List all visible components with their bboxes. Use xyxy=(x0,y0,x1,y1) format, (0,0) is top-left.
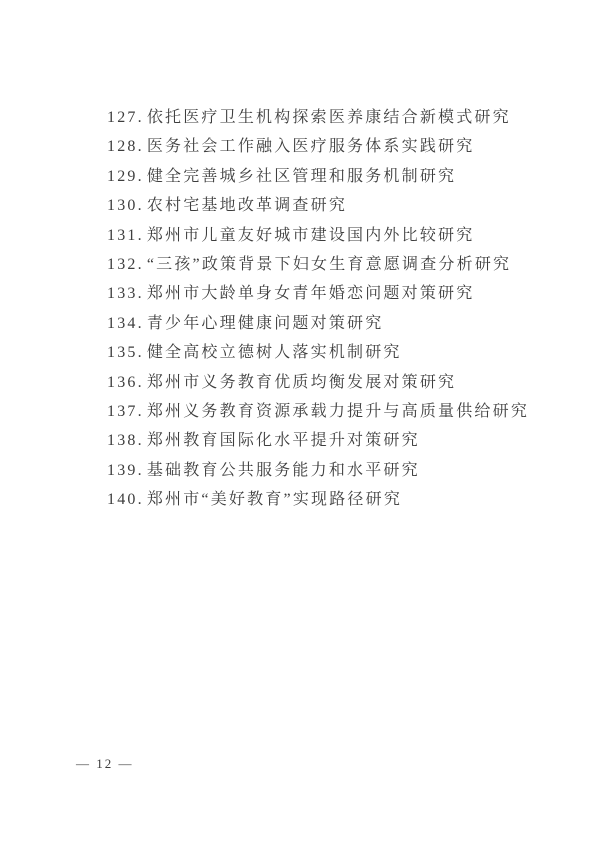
list-item: 128.医务社会工作融入医疗服务体系实践研究 xyxy=(107,132,560,161)
list-item: 135.健全高校立德树人落实机制研究 xyxy=(107,338,560,367)
item-number: 136. xyxy=(107,374,144,391)
list-item: 138.郑州教育国际化水平提升对策研究 xyxy=(107,426,560,455)
item-number: 129. xyxy=(107,168,144,185)
item-title: 郑州义务教育资源承载力提升与高质量供给研究 xyxy=(147,403,529,420)
item-title: 郑州市义务教育优质均衡发展对策研究 xyxy=(147,374,456,391)
item-title: “三孩”政策背景下妇女生育意愿调查分析研究 xyxy=(147,256,511,273)
list-item: 127.依托医疗卫生机构探索医养康结合新模式研究 xyxy=(107,103,560,132)
list-item: 137.郑州义务教育资源承载力提升与高质量供给研究 xyxy=(107,397,560,426)
item-title: 依托医疗卫生机构探索医养康结合新模式研究 xyxy=(147,109,511,126)
document-page: 127.依托医疗卫生机构探索医养康结合新模式研究 128.医务社会工作融入医疗服… xyxy=(0,0,600,848)
item-title: 青少年心理健康问题对策研究 xyxy=(147,315,384,332)
item-title: 郑州市大龄单身女青年婚恋问题对策研究 xyxy=(147,285,475,302)
item-number: 128. xyxy=(107,138,144,155)
item-title: 基础教育公共服务能力和水平研究 xyxy=(147,462,420,479)
item-number: 131. xyxy=(107,227,144,244)
list-item: 140.郑州市“美好教育”实现路径研究 xyxy=(107,485,560,514)
item-number: 140. xyxy=(107,491,144,508)
item-number: 135. xyxy=(107,344,144,361)
item-number: 127. xyxy=(107,109,144,126)
list-item: 131.郑州市儿童友好城市建设国内外比较研究 xyxy=(107,221,560,250)
item-title: 健全高校立德树人落实机制研究 xyxy=(147,344,402,361)
item-number: 133. xyxy=(107,285,144,302)
list-item: 136.郑州市义务教育优质均衡发展对策研究 xyxy=(107,368,560,397)
item-title: 医务社会工作融入医疗服务体系实践研究 xyxy=(147,138,475,155)
item-number: 137. xyxy=(107,403,144,420)
item-title: 郑州市儿童友好城市建设国内外比较研究 xyxy=(147,227,475,244)
list-item: 129.健全完善城乡社区管理和服务机制研究 xyxy=(107,162,560,191)
list-item: 139.基础教育公共服务能力和水平研究 xyxy=(107,456,560,485)
item-number: 130. xyxy=(107,197,144,214)
item-number: 132. xyxy=(107,256,144,273)
item-title: 郑州教育国际化水平提升对策研究 xyxy=(147,432,420,449)
item-title: 健全完善城乡社区管理和服务机制研究 xyxy=(147,168,456,185)
list-item: 134.青少年心理健康问题对策研究 xyxy=(107,309,560,338)
list-item: 133.郑州市大龄单身女青年婚恋问题对策研究 xyxy=(107,279,560,308)
item-number: 138. xyxy=(107,432,144,449)
item-title: 农村宅基地改革调查研究 xyxy=(147,197,347,214)
item-title: 郑州市“美好教育”实现路径研究 xyxy=(147,491,402,508)
list-item: 132.“三孩”政策背景下妇女生育意愿调查分析研究 xyxy=(107,250,560,279)
topic-list: 127.依托医疗卫生机构探索医养康结合新模式研究 128.医务社会工作融入医疗服… xyxy=(107,103,560,514)
list-item: 130.农村宅基地改革调查研究 xyxy=(107,191,560,220)
item-number: 139. xyxy=(107,462,144,479)
page-number: — 12 — xyxy=(76,756,134,772)
item-number: 134. xyxy=(107,315,144,332)
